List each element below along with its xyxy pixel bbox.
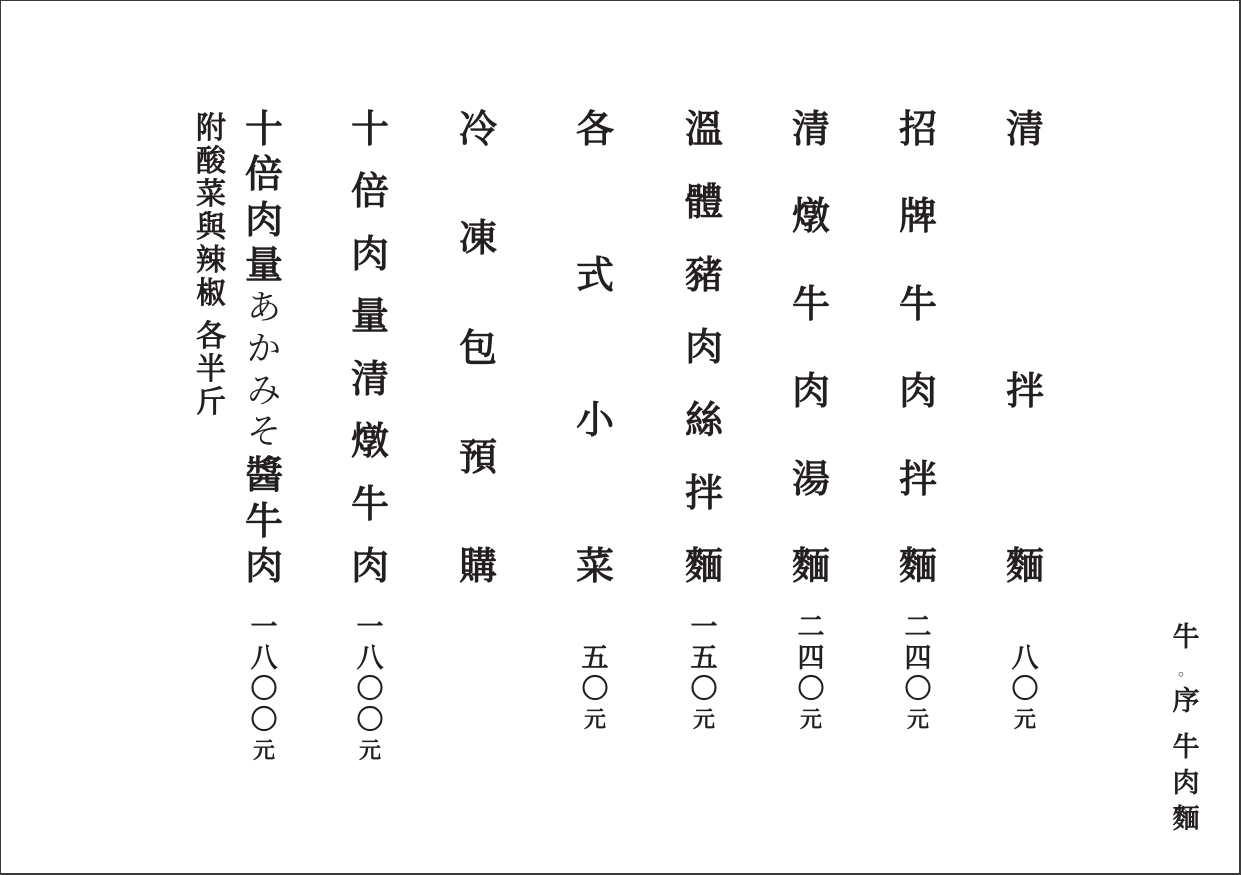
menu-item-price-glyph: 五: [691, 643, 718, 674]
menu-item-name-glyph: 燉: [351, 422, 389, 460]
menu-item-name-glyph: 溫: [685, 110, 723, 148]
menu-item-name-glyph: 預: [459, 438, 497, 476]
menu-item-name: 溫體豬肉絲拌麵: [679, 110, 729, 585]
menu-item-name-glyph: 肉: [245, 201, 283, 239]
menu-item-name-glyph: 凍: [459, 219, 497, 257]
menu-item-name-glyph: 小: [576, 401, 614, 439]
menu-item-price-glyph: 二: [905, 612, 932, 643]
menu-item-price-glyph: 〇: [1012, 674, 1039, 705]
menu-item-name-glyph: 包: [459, 329, 497, 367]
menu-item-name-glyph: 清: [792, 110, 830, 148]
menu-item-name-glyph: 體: [685, 183, 723, 221]
menu-item-price-glyph: 〇: [798, 674, 825, 705]
menu-item-name-glyph: 牛: [792, 285, 830, 323]
menu-item-name-glyph: 冷: [459, 110, 497, 148]
menu-item-price-glyph: 二: [798, 612, 825, 643]
side-note-glyph: 各: [196, 320, 226, 353]
menu-item-price-glyph: 五: [582, 643, 609, 674]
menu-item-name: 清燉牛肉湯麵: [786, 110, 836, 585]
menu-item-name-glyph: 牛: [899, 285, 937, 323]
menu-item-name-glyph: 絲: [685, 401, 723, 439]
menu-item-name-glyph: 招: [899, 110, 937, 148]
menu-item-price-glyph: 元: [1014, 705, 1036, 736]
menu-item-name-glyph: み: [247, 374, 281, 408]
menu-item-name-glyph: 湯: [792, 460, 830, 498]
side-note-glyph: 酸: [196, 145, 226, 178]
menu-item-name-glyph: 肉: [792, 372, 830, 410]
menu-item-price-glyph: 一: [251, 612, 278, 643]
brand-name: 牛。序牛肉麵: [1166, 620, 1206, 838]
menu-item-name-glyph: 拌: [1006, 372, 1044, 410]
menu-item-name: 各式小菜: [570, 110, 620, 585]
menu-item-price: 一八〇〇元: [244, 612, 284, 767]
menu-item-name-glyph: 倍: [245, 155, 283, 193]
menu-item-name-glyph: 量: [351, 297, 389, 335]
menu-board-frame: [0, 0, 1241, 875]
menu-item-price-glyph: 一: [691, 612, 718, 643]
menu-item-name-glyph: 十: [245, 110, 283, 148]
menu-item-price: 二四〇元: [791, 612, 831, 736]
menu-item-price-glyph: 〇: [905, 674, 932, 705]
menu-item-name-glyph: 牛: [351, 485, 389, 523]
menu-item-name-glyph: 清: [1006, 110, 1044, 148]
menu-item-name-glyph: 牌: [899, 197, 937, 235]
menu-item-price: 一八〇〇元: [350, 612, 390, 767]
menu-item-price-glyph: 〇: [251, 705, 278, 736]
menu-item-price: 八〇元: [1005, 612, 1045, 736]
menu-item-price-glyph: 元: [359, 736, 381, 767]
menu-item-name-glyph: 清: [351, 360, 389, 398]
menu-item-price-glyph: 〇: [251, 674, 278, 705]
side-note-glyph: 椒: [196, 277, 226, 310]
side-note-glyph: 半: [196, 353, 226, 386]
menu-item-name: 十倍肉量あかみそ醬牛肉: [239, 110, 289, 585]
menu-item-name-glyph: 肉: [685, 328, 723, 366]
brand-glyph: 肉: [1173, 766, 1200, 802]
side-note-glyph: 與: [196, 211, 226, 244]
menu-item-name-glyph: そ: [247, 415, 281, 449]
menu-item-price-glyph: 元: [800, 705, 822, 736]
menu-item-price-glyph: 〇: [691, 674, 718, 705]
menu-item-name: 清拌麵: [1000, 110, 1050, 585]
menu-item-name-glyph: 倍: [351, 172, 389, 210]
menu-item-name-glyph: 牛: [245, 502, 283, 540]
menu-item-price-glyph: 〇: [582, 674, 609, 705]
menu-item-name-glyph: 各: [576, 110, 614, 148]
menu-item-price: 五〇元: [575, 612, 615, 736]
menu-item-price-glyph: 四: [798, 643, 825, 674]
menu-item-name-glyph: 肉: [899, 372, 937, 410]
side-note: 附酸菜與辣椒各半斤: [191, 112, 231, 419]
menu-item-name-glyph: 麵: [899, 547, 937, 585]
brand-glyph: 。: [1178, 656, 1194, 684]
menu-item-price-glyph: 〇: [357, 674, 384, 705]
menu-item-name-glyph: 拌: [685, 474, 723, 512]
menu-item-price-glyph: 元: [584, 705, 606, 736]
menu-item-name: 招牌牛肉拌麵: [893, 110, 943, 585]
menu-item-name-glyph: 肉: [245, 547, 283, 585]
menu-item-price-glyph: 八: [357, 643, 384, 674]
menu-item-name-glyph: 拌: [899, 460, 937, 498]
menu-item-name-glyph: 購: [459, 547, 497, 585]
menu-item-name-glyph: 肉: [351, 235, 389, 273]
menu-item-name-glyph: 燉: [792, 197, 830, 235]
menu-item-price-glyph: 八: [1012, 643, 1039, 674]
menu-item-price-glyph: 一: [357, 612, 384, 643]
menu-item-price-glyph: 元: [253, 736, 275, 767]
menu-item-name-glyph: 量: [245, 246, 283, 284]
menu-item-price-glyph: 四: [905, 643, 932, 674]
menu-item-price: 二四〇元: [898, 612, 938, 736]
menu-item-price: 一五〇元: [684, 612, 724, 736]
side-note-glyph: 菜: [196, 178, 226, 211]
menu-item-name-glyph: 十: [351, 110, 389, 148]
menu-item-name: 十倍肉量清燉牛肉: [345, 110, 395, 585]
menu-item-name-glyph: 式: [576, 256, 614, 294]
menu-item-name-glyph: 麵: [685, 547, 723, 585]
menu-item-name-glyph: 醬: [245, 456, 283, 494]
side-note-glyph: 辣: [196, 244, 226, 277]
brand-glyph: 牛: [1173, 620, 1200, 656]
menu-item-name-glyph: 肉: [351, 547, 389, 585]
menu-item-name-glyph: 菜: [576, 547, 614, 585]
menu-item-price-glyph: 元: [693, 705, 715, 736]
side-note-glyph: 斤: [196, 386, 226, 419]
menu-item-name-glyph: か: [247, 332, 281, 366]
menu-item-name-glyph: 豬: [685, 256, 723, 294]
menu-item-name-glyph: 麵: [792, 547, 830, 585]
menu-item-name: 冷凍包預購: [453, 110, 503, 585]
side-note-glyph: 附: [196, 112, 226, 145]
menu-item-price-glyph: 元: [907, 705, 929, 736]
menu-item-name-glyph: 麵: [1006, 547, 1044, 585]
menu-item-price-glyph: 〇: [357, 705, 384, 736]
brand-glyph: 序: [1173, 684, 1200, 720]
brand-glyph: 麵: [1173, 802, 1200, 838]
menu-item-price-glyph: 八: [251, 643, 278, 674]
menu-item-name-glyph: あ: [247, 291, 281, 325]
brand-glyph: 牛: [1173, 730, 1200, 766]
